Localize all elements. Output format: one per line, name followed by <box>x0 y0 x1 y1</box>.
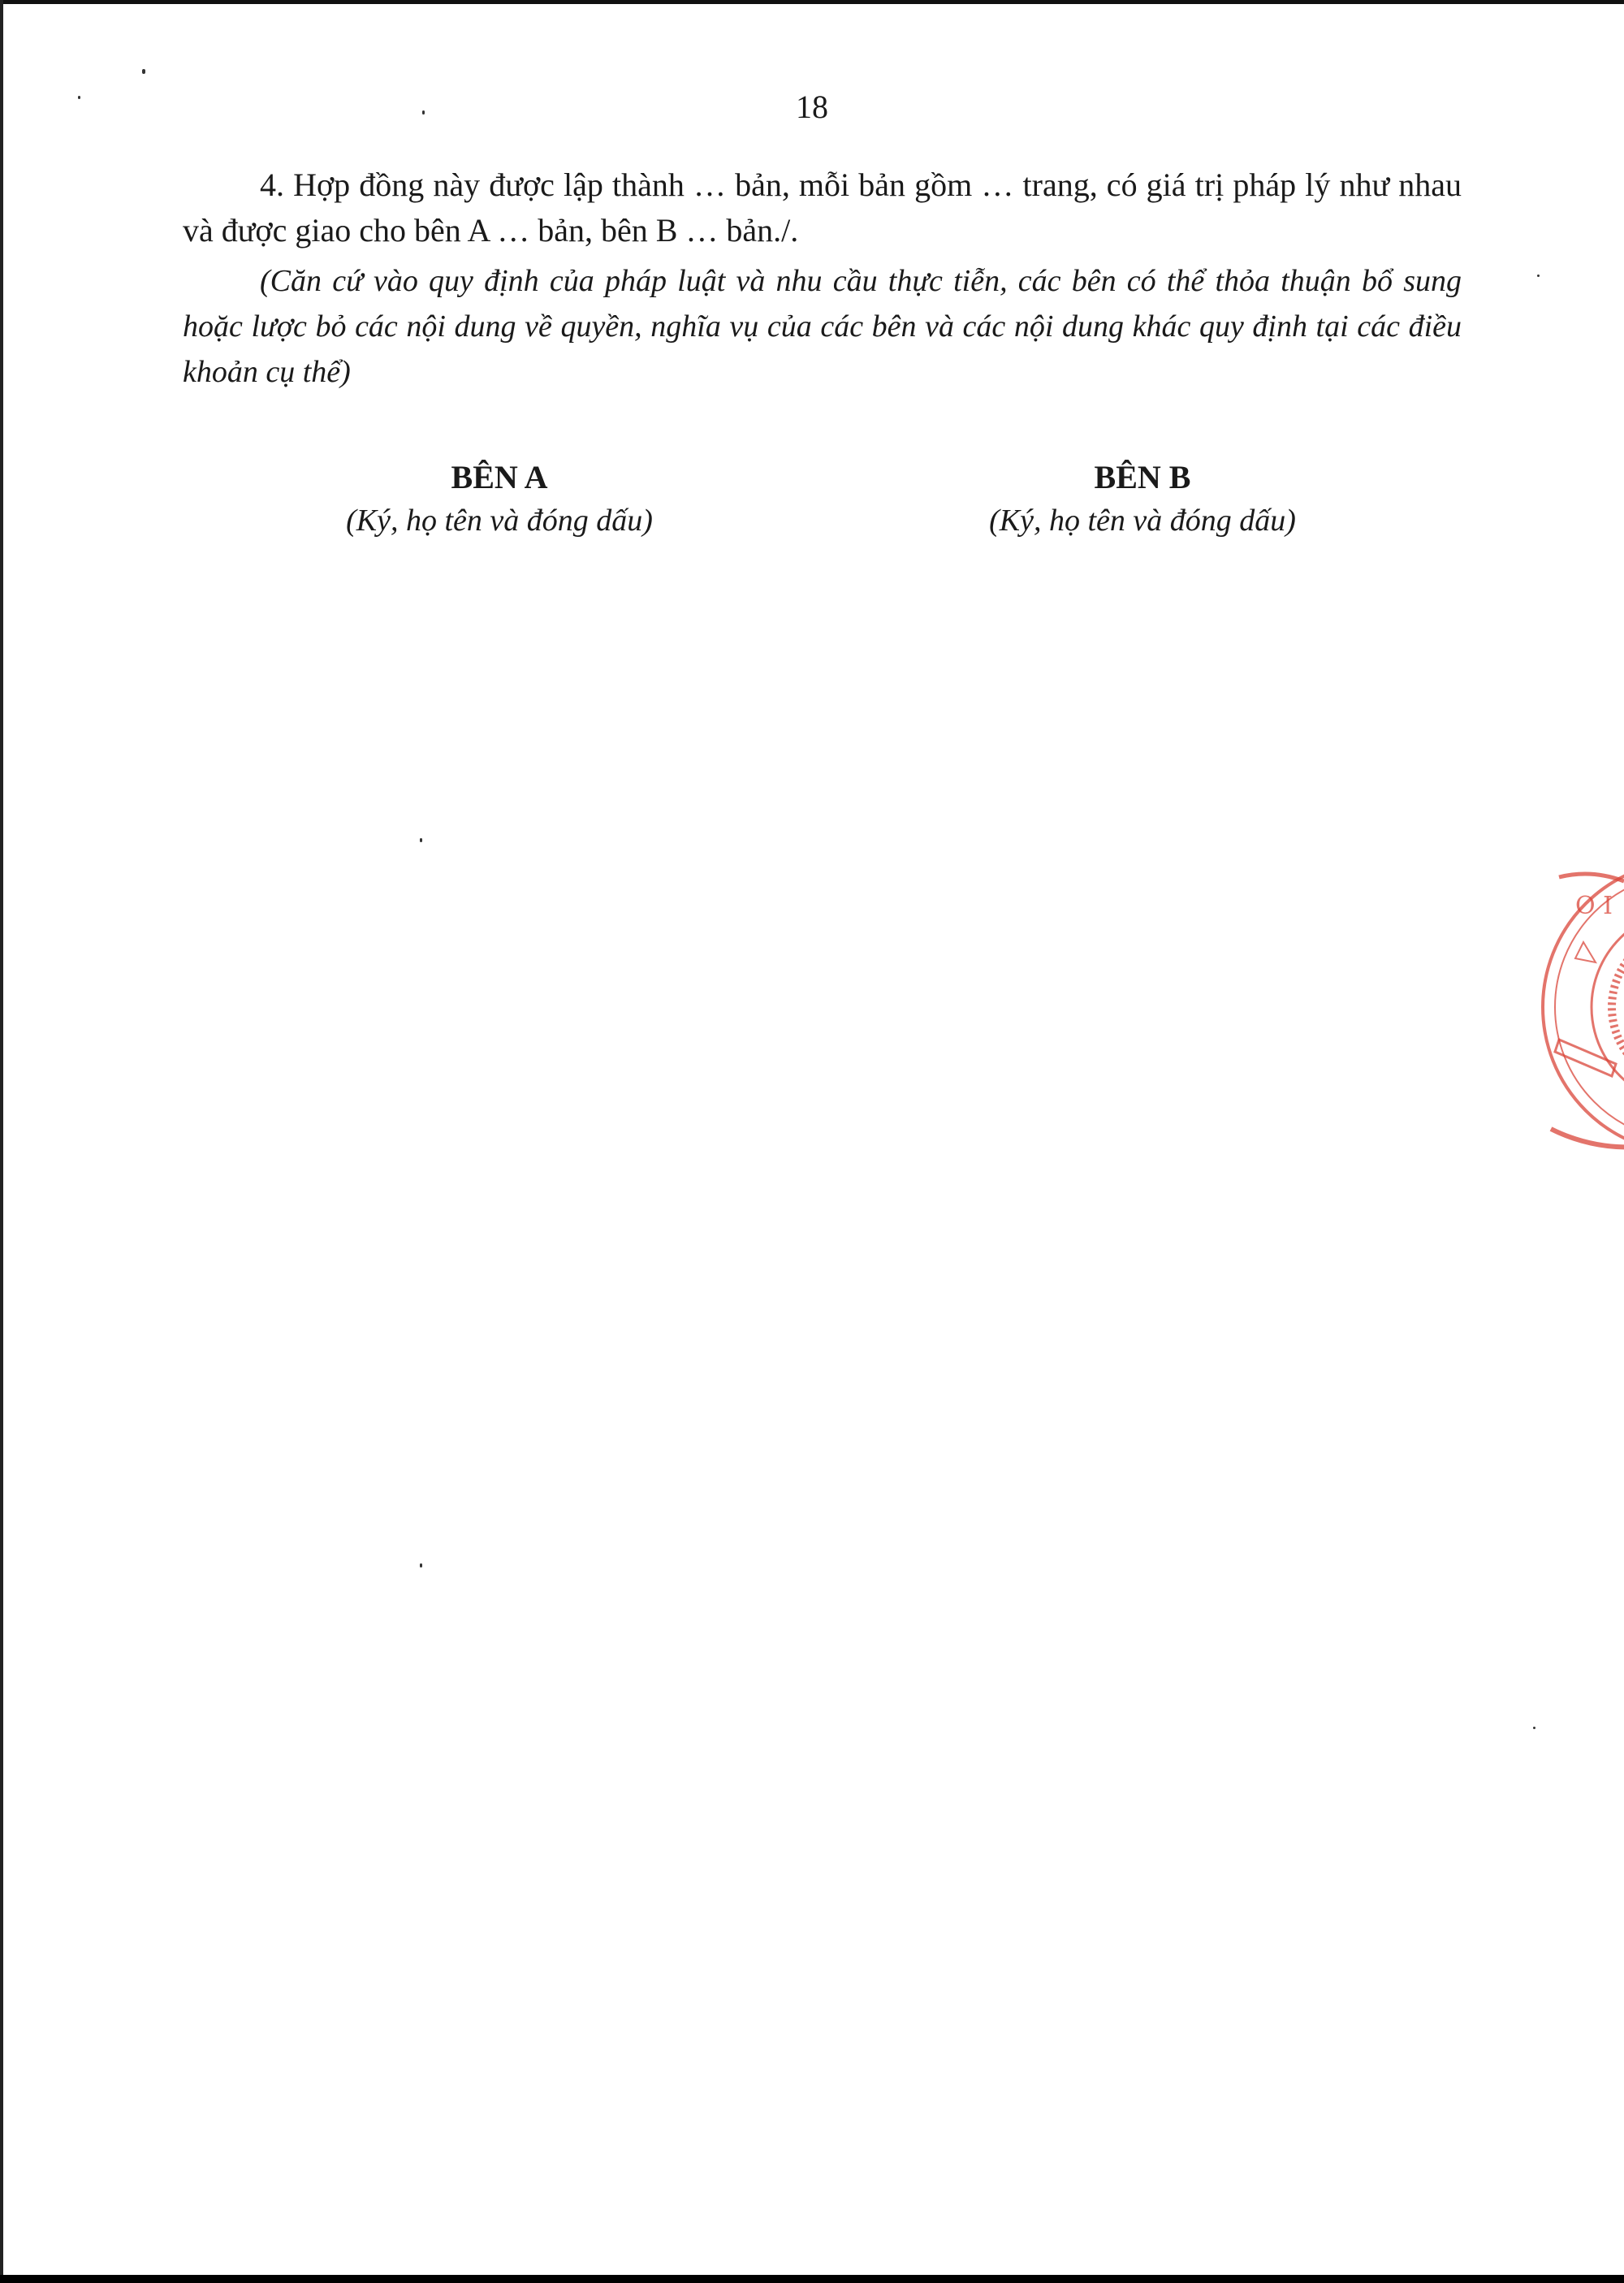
scan-speck <box>420 838 422 842</box>
scan-speck <box>1537 275 1540 277</box>
scan-speck <box>142 69 145 74</box>
svg-text:O I: O I <box>1575 892 1613 920</box>
page-number: 18 <box>0 88 1624 126</box>
party-a-label: BÊN A <box>215 455 784 500</box>
clause-4: 4. Hợp đồng này được lập thành … bản, mỗ… <box>183 162 1462 253</box>
party-b-instruction: (Ký, họ tên và đóng dấu) <box>858 500 1427 541</box>
scan-speck <box>1533 1727 1535 1729</box>
red-seal-stamp-icon: O I <box>1527 853 1624 1161</box>
guidance-note: (Căn cứ vào quy định của pháp luật và nh… <box>183 258 1462 395</box>
signature-block-party-b: BÊN B (Ký, họ tên và đóng dấu) <box>858 455 1427 541</box>
scan-edge-bottom <box>0 2275 1624 2283</box>
guidance-note-text: (Căn cứ vào quy định của pháp luật và nh… <box>183 264 1462 389</box>
party-a-instruction: (Ký, họ tên và đóng dấu) <box>215 500 784 541</box>
party-b-label: BÊN B <box>858 455 1427 500</box>
scan-edge-top <box>0 0 1624 4</box>
scan-speck <box>420 1563 422 1567</box>
signature-block-party-a: BÊN A (Ký, họ tên và đóng dấu) <box>215 455 784 541</box>
clause-4-text: 4. Hợp đồng này được lập thành … bản, mỗ… <box>183 166 1462 249</box>
scan-edge-left <box>0 0 3 2283</box>
